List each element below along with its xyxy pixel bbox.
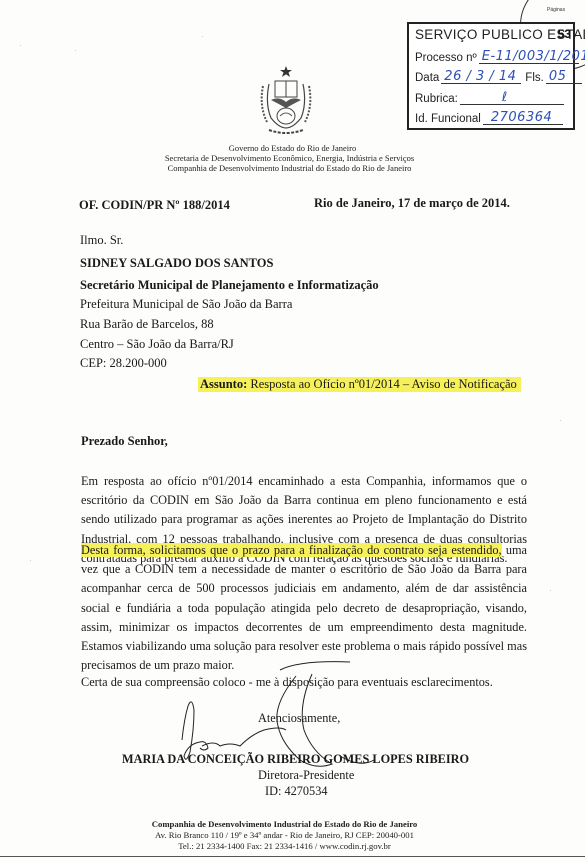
stamp-data-row: Data 26 / 3 / 14 Fls. 05	[415, 69, 582, 84]
recipient-address-line: Prefeitura Municipal de São João da Barr…	[80, 297, 292, 312]
stamp-data-value: 26 / 3 / 14	[444, 69, 516, 84]
scan-speck	[202, 36, 203, 37]
recipient-address-line: Centro – São João da Barra/RJ	[80, 337, 234, 352]
subject-label: Assunto:	[200, 377, 247, 391]
document-page: Páginas SERVIÇO PUBLICO ESTADUAL 53 Proc…	[0, 0, 585, 861]
recipient-name: SIDNEY SALGADO DOS SANTOS	[80, 256, 273, 271]
stamp-page-number: 53	[558, 27, 571, 41]
stamp-data-field: 26 / 3 / 14	[441, 69, 521, 84]
recipient-title: Secretário Municipal de Planejamento e I…	[80, 278, 379, 293]
protocol-stamp-box: SERVIÇO PUBLICO ESTADUAL 53 Processo nº …	[407, 22, 575, 130]
body-paragraph-2: Desta forma, solicitamos que o prazo par…	[81, 541, 527, 675]
scan-speck	[30, 560, 31, 561]
recipient-salutation: Ilmo. Sr.	[80, 233, 123, 248]
stamp-data-label: Data	[415, 72, 439, 84]
stamp-processo-row: Processo nº E-11/003/1/2014	[415, 49, 579, 64]
stamp-funcional-value: 2706364	[491, 110, 552, 125]
greeting: Prezado Senhor,	[81, 434, 168, 449]
signatory-id: ID: 4270534	[265, 784, 328, 799]
stamp-processo-field: E-11/003/1/2014	[479, 49, 579, 64]
footer-company: Companhia de Desenvolvimento Industrial …	[0, 819, 577, 830]
footer-contact: Tel.: 21 2334-1400 Fax: 21 2334-1416 / w…	[0, 841, 577, 852]
stamp-fls-field: 05	[546, 69, 582, 84]
place-and-date: Rio de Janeiro, 17 de março de 2014.	[314, 196, 510, 211]
coat-of-arms-icon	[257, 64, 315, 136]
letterhead-secretariat: Secretaria de Desenvolvimento Econômico,…	[0, 153, 582, 163]
stamp-processo-label: Processo nº	[415, 52, 477, 64]
scan-speck	[20, 45, 21, 46]
stamp-funcional-label: Id. Funcional	[415, 113, 481, 125]
stamp-fls-label: Fls.	[525, 72, 544, 84]
signatory-role: Diretora-Presidente	[258, 768, 354, 783]
recipient-address-line: Rua Barão de Barcelos, 88	[80, 317, 214, 332]
stamp-rubrica-label: Rubrica:	[415, 93, 458, 105]
letterhead-company: Companhia de Desenvolvimento Industrial …	[0, 163, 582, 173]
subject-line: Assunto: Resposta ao Ofício nº01/2014 – …	[198, 377, 521, 392]
footer-divider	[0, 856, 585, 857]
signatory-name: MARIA DA CONCEIÇÃO RIBEIRO GOMES LOPES R…	[122, 752, 469, 767]
stamp-rubrica-field: ℓ	[460, 90, 564, 105]
stamp-rubrica-row: Rubrica: ℓ	[415, 90, 564, 105]
recipient-cep: CEP: 28.200-000	[80, 356, 167, 371]
footer-address: Av. Rio Branco 110 / 19º e 34º andar - R…	[0, 830, 577, 841]
office-reference: OF. CODIN/PR Nº 188/2014	[79, 198, 230, 213]
scan-speck	[550, 590, 551, 591]
round-stamp-label: Páginas	[547, 7, 565, 13]
stamp-processo-value: E-11/003/1/2014	[482, 49, 585, 64]
stamp-funcional-row: Id. Funcional 2706364	[415, 110, 563, 125]
stamp-fls-value: 05	[549, 69, 567, 84]
scan-speck	[560, 420, 561, 421]
stamp-rubrica-value: ℓ	[502, 90, 508, 105]
stamp-funcional-field: 2706364	[483, 110, 563, 125]
letterhead-government: Governo do Estado do Rio de Janeiro	[0, 143, 585, 153]
subject-text: Resposta ao Ofício nº01/2014 – Aviso de …	[250, 377, 516, 391]
body-paragraph-2-rest: uma vez que a CODIN tem a necessidade de…	[81, 543, 527, 672]
highlighted-request: Desta forma, solicitamos que o prazo par…	[81, 543, 502, 557]
scan-speck	[75, 50, 76, 51]
